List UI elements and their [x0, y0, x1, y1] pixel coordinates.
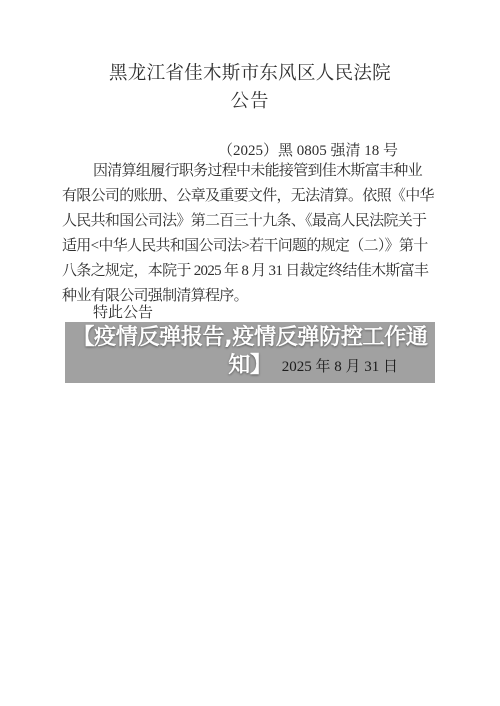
closing-line: 特此公告 — [62, 305, 153, 321]
body-line-2: 有限公司的账册、公章及重要文件，无法清算。依照《中华 — [62, 184, 435, 209]
case-number: （2025）黑 0805 强清 18 号 — [62, 139, 435, 160]
document-page: 黑龙江省佳木斯市东风区人民法院 公告 （2025）黑 0805 强清 18 号 … — [0, 0, 500, 706]
watermark-text: 【疫情反弹报告,疫情反弹防控工作通 知】 — [65, 324, 435, 380]
watermark-line-1: 【疫情反弹报告,疫情反弹防控工作通 — [72, 325, 427, 350]
court-title: 黑龙江省佳木斯市东风区人民法院 — [0, 59, 500, 85]
watermark-line-2: 知】 — [228, 353, 271, 378]
body-line-4: 适用<中华人民共和国公司法>若干问题的规定（二）》第十 — [62, 234, 435, 259]
document-body: 因清算组履行职务过程中未能接管到佳木斯富丰种业 有限公司的账册、公章及重要文件，… — [62, 159, 435, 309]
body-line-3: 人民共和国公司法》第二百三十九条、《最高人民法院关于 — [62, 209, 435, 234]
doc-type-title: 公告 — [0, 87, 500, 113]
watermark-overlay: 【疫情反弹报告,疫情反弹防控工作通 知】 — [65, 322, 435, 383]
body-line-5: 八条之规定，本院于 2025 年 8 月 31 日裁定终结佳木斯富丰 — [62, 259, 435, 284]
body-line-1: 因清算组履行职务过程中未能接管到佳木斯富丰种业 — [62, 159, 435, 184]
